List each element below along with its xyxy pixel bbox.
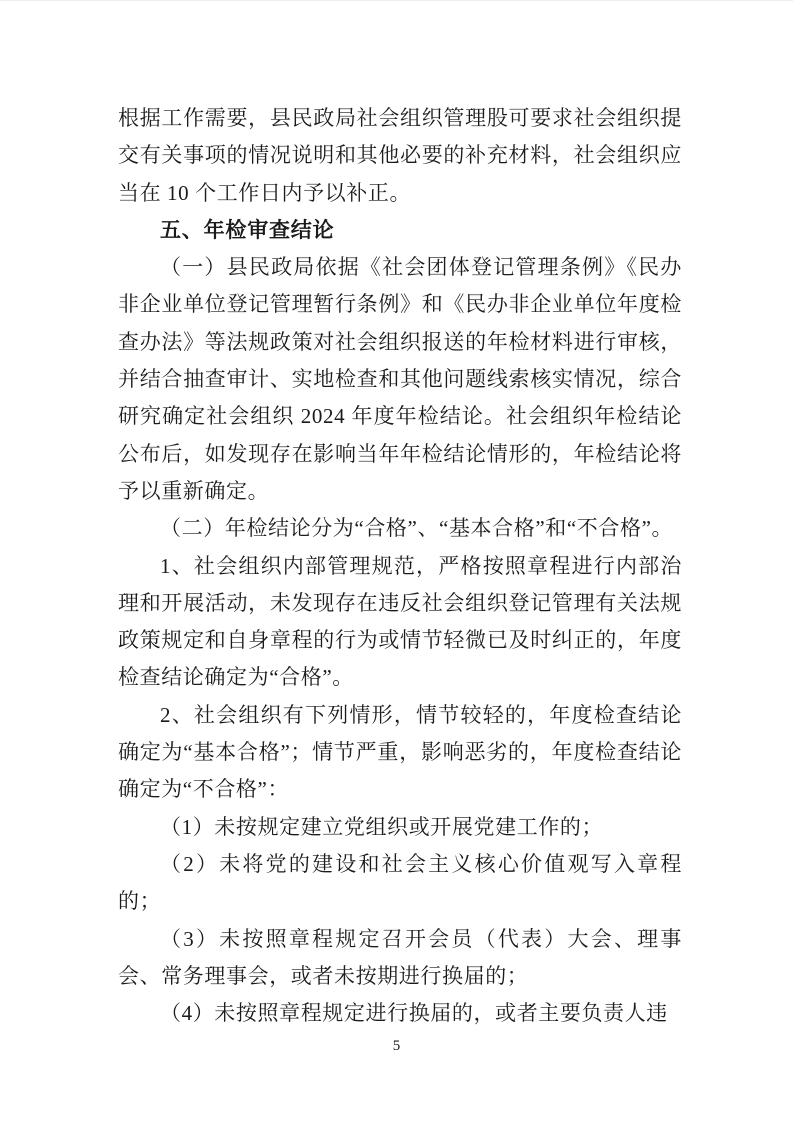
paragraph: （二）年检结论分为“合格”、“基本合格”和“不合格”。 (118, 510, 682, 547)
page-footer: 5 (0, 1037, 793, 1055)
paragraph-continuation: 根据工作需要，县民政局社会组织管理股可要求社会组织提交有关事项的情况说明和其他必… (118, 100, 682, 212)
list-item: （3）未按照章程规定召开会员（代表）大会、理事会、常务理事会，或者未按期进行换届… (118, 921, 682, 996)
paragraph: （一）县民政局依据《社会团体登记管理条例》《民办非企业单位登记管理暂行条例》和《… (118, 249, 682, 510)
list-item: （4）未按照章程规定进行换届的，或者主要负责人违 (118, 995, 682, 1032)
paragraph: 1、社会组织内部管理规范，严格按照章程进行内部治理和开展活动，未发现存在违反社会… (118, 548, 682, 697)
document-page: 根据工作需要，县民政局社会组织管理股可要求社会组织提交有关事项的情况说明和其他必… (118, 100, 682, 1032)
page-number: 5 (393, 1038, 401, 1054)
list-item: （2）未将党的建设和社会主义核心价值观写入章程的； (118, 846, 682, 921)
paragraph: 2、社会组织有下列情形，情节较轻的，年度检查结论确定为“基本合格”；情节严重，影… (118, 697, 682, 809)
section-heading: 五、年检审查结论 (118, 212, 682, 249)
list-item: （1）未按规定建立党组织或开展党建工作的； (118, 809, 682, 846)
